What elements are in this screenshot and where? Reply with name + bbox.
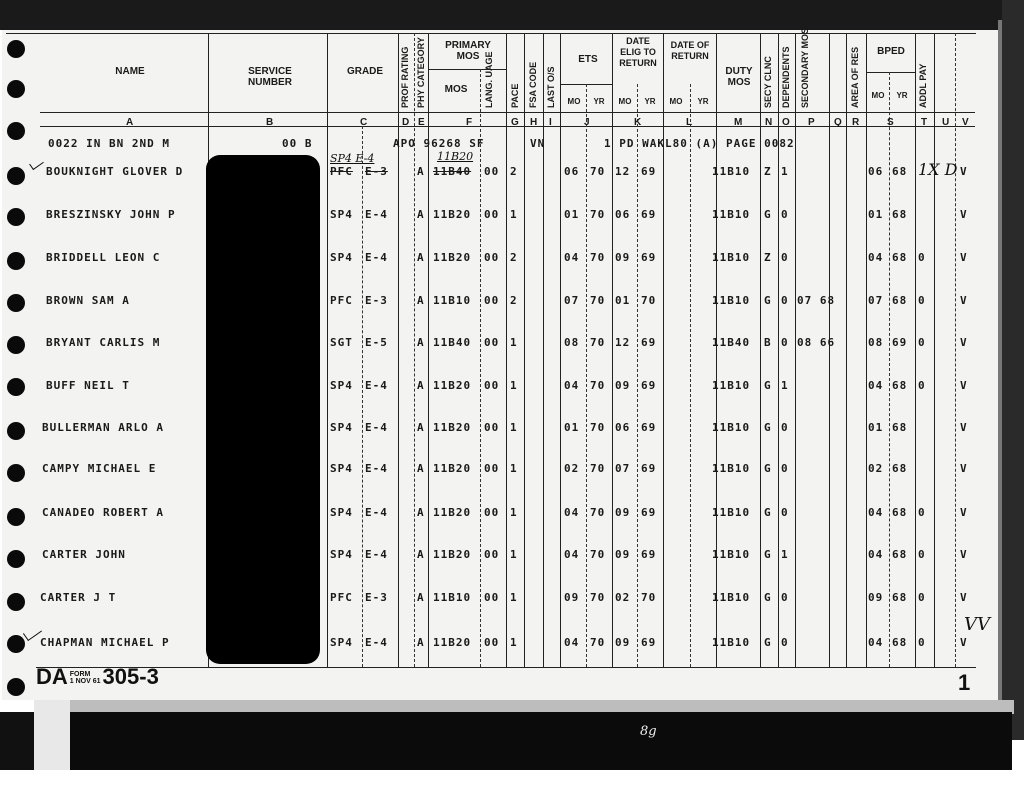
row-bped-yr: 68 bbox=[892, 251, 907, 264]
row-ets-yr: 70 bbox=[590, 294, 605, 307]
row-prof: A bbox=[417, 591, 425, 604]
row-bped-yr: 68 bbox=[892, 421, 907, 434]
mos-correction: 11B20 bbox=[437, 150, 473, 163]
row-bped-mo: 07 bbox=[868, 294, 883, 307]
row-v: V bbox=[960, 462, 968, 475]
row-bped-mo: 04 bbox=[868, 251, 883, 264]
row-mos: 11B10 bbox=[433, 294, 471, 307]
row-prof: A bbox=[417, 336, 425, 349]
row-elig-mo: 12 bbox=[615, 165, 630, 178]
row-addl: 0 bbox=[918, 506, 926, 519]
col-letter-k: K bbox=[634, 117, 641, 128]
row-ets-mo: 04 bbox=[564, 548, 579, 561]
row-pace: 1 bbox=[510, 462, 518, 475]
row-elig-yr: 70 bbox=[641, 294, 656, 307]
row-lang: 00 bbox=[484, 636, 499, 649]
row-duty-mos: 11B10 bbox=[712, 251, 750, 264]
row-secy: G bbox=[764, 421, 772, 434]
row-bped-mo: 04 bbox=[868, 548, 883, 561]
row-lang: 00 bbox=[484, 421, 499, 434]
row-dep: 0 bbox=[781, 591, 789, 604]
row-grade-code: E-3 bbox=[365, 165, 388, 178]
row-elig-yr: 69 bbox=[641, 251, 656, 264]
scan-bottom-gap bbox=[34, 700, 70, 770]
row-pace: 1 bbox=[510, 379, 518, 392]
info-fsa: VN bbox=[530, 137, 545, 150]
punch-hole-icon bbox=[7, 294, 25, 312]
row-grade-code: E-4 bbox=[365, 208, 388, 221]
row-elig-mo: 09 bbox=[615, 506, 630, 519]
row-elig-mo: 02 bbox=[615, 591, 630, 604]
row-lang: 00 bbox=[484, 591, 499, 604]
punch-hole-icon bbox=[7, 378, 25, 396]
header-phy-category: PHY CATEGORY bbox=[416, 34, 426, 108]
info-apo: APO 96268 SF bbox=[393, 137, 484, 150]
row-pace: 1 bbox=[510, 636, 518, 649]
header-ret-mo: MO bbox=[665, 96, 687, 107]
row-lang: 00 bbox=[484, 294, 499, 307]
header-ets-yr: YR bbox=[588, 96, 610, 107]
row-dep: 1 bbox=[781, 548, 789, 561]
col-letter-o: O bbox=[782, 117, 790, 128]
row-grade: SP4 bbox=[330, 548, 353, 561]
row-name: BRIDDELL LEON C bbox=[46, 251, 160, 264]
col-letter-j: J bbox=[584, 117, 590, 128]
row-bped-mo: 01 bbox=[868, 208, 883, 221]
header-grade: GRADE bbox=[340, 66, 390, 77]
row-name: BUFF NEIL T bbox=[46, 379, 130, 392]
row-v: V bbox=[960, 208, 968, 221]
row-bped-mo: 08 bbox=[868, 336, 883, 349]
row-lang: 00 bbox=[484, 548, 499, 561]
row-grade-code: E-4 bbox=[365, 506, 388, 519]
row-ets-mo: 04 bbox=[564, 506, 579, 519]
row-v: V bbox=[960, 165, 968, 178]
punch-hole-icon bbox=[7, 122, 25, 140]
row-bped-yr: 68 bbox=[892, 208, 907, 221]
row-prof: A bbox=[417, 506, 425, 519]
row-lang: 00 bbox=[484, 251, 499, 264]
punch-hole-icon bbox=[7, 80, 25, 98]
row-elig-yr: 69 bbox=[641, 165, 656, 178]
row-lang: 00 bbox=[484, 165, 499, 178]
row-addl: 0 bbox=[918, 294, 926, 307]
row-prof: A bbox=[417, 636, 425, 649]
row-addl: 0 bbox=[918, 548, 926, 561]
punch-hole-icon bbox=[7, 422, 25, 440]
row-bped-yr: 69 bbox=[892, 336, 907, 349]
col-letter-m: M bbox=[734, 117, 742, 128]
row-duty-mos: 11B10 bbox=[712, 591, 750, 604]
header-ets-mo: MO bbox=[563, 96, 585, 107]
col-letter-a: A bbox=[126, 117, 133, 128]
header-fsa-code: FSA CODE bbox=[528, 58, 538, 108]
row-grade: SP4 bbox=[330, 379, 353, 392]
row-bped-mo: 06 bbox=[868, 165, 883, 178]
row-grade: SP4 bbox=[330, 506, 353, 519]
row-v: V bbox=[960, 336, 968, 349]
row-mos: 11B20 bbox=[433, 462, 471, 475]
row-prof: A bbox=[417, 421, 425, 434]
row-name: BRESZINSKY JOHN P bbox=[46, 208, 176, 221]
row-elig-yr: 70 bbox=[641, 591, 656, 604]
row-secy: G bbox=[764, 462, 772, 475]
row-dep: 0 bbox=[781, 294, 789, 307]
row-name: BRYANT CARLIS M bbox=[46, 336, 160, 349]
row-name: CAMPY MICHAEL E bbox=[42, 462, 156, 475]
row-secy: B bbox=[764, 336, 772, 349]
row-bped-yr: 68 bbox=[892, 294, 907, 307]
handwritten-annotation: VV bbox=[964, 614, 990, 635]
row-dep: 1 bbox=[781, 165, 789, 178]
row-bped-mo: 09 bbox=[868, 591, 883, 604]
row-ets-yr: 70 bbox=[590, 208, 605, 221]
row-dep: 0 bbox=[781, 336, 789, 349]
row-ets-mo: 02 bbox=[564, 462, 579, 475]
punch-hole-icon bbox=[7, 593, 25, 611]
row-pace: 1 bbox=[510, 548, 518, 561]
row-secondary-mos: 08 66 bbox=[797, 336, 835, 349]
form-identifier: DAFORM1 NOV 61305-3 bbox=[36, 664, 159, 690]
header-last-os: LAST O/S bbox=[546, 62, 556, 108]
row-grade: SP4 bbox=[330, 421, 353, 434]
header-addl-pay: ADDL PAY bbox=[918, 62, 928, 108]
row-elig-mo: 09 bbox=[615, 548, 630, 561]
row-elig-yr: 69 bbox=[641, 379, 656, 392]
row-addl: 0 bbox=[918, 251, 926, 264]
row-ets-yr: 70 bbox=[590, 636, 605, 649]
row-elig-yr: 69 bbox=[641, 462, 656, 475]
row-prof: A bbox=[417, 208, 425, 221]
row-ets-mo: 07 bbox=[564, 294, 579, 307]
punch-hole-icon bbox=[7, 40, 25, 58]
row-dep: 0 bbox=[781, 251, 789, 264]
row-ets-mo: 04 bbox=[564, 636, 579, 649]
row-pace: 1 bbox=[510, 506, 518, 519]
row-bped-yr: 68 bbox=[892, 165, 907, 178]
info-service-code: 00 B bbox=[282, 137, 313, 150]
row-grade-code: E-5 bbox=[365, 336, 388, 349]
row-ets-yr: 70 bbox=[590, 548, 605, 561]
row-grade: SP4 bbox=[330, 636, 353, 649]
row-grade-code: E-4 bbox=[365, 379, 388, 392]
row-ets-mo: 08 bbox=[564, 336, 579, 349]
col-letter-r: R bbox=[852, 117, 859, 128]
col-letter-h: H bbox=[530, 117, 537, 128]
row-pace: 2 bbox=[510, 294, 518, 307]
row-bped-yr: 68 bbox=[892, 462, 907, 475]
row-elig-mo: 01 bbox=[615, 294, 630, 307]
row-bped-mo: 04 bbox=[868, 636, 883, 649]
row-bped-yr: 68 bbox=[892, 379, 907, 392]
header-secy-clnc: SECY CLNC bbox=[763, 52, 773, 108]
row-dep: 0 bbox=[781, 636, 789, 649]
row-elig-mo: 07 bbox=[615, 462, 630, 475]
page-marker: 1 bbox=[958, 670, 970, 696]
row-v: V bbox=[960, 591, 968, 604]
row-addl: 0 bbox=[918, 591, 926, 604]
row-bped-yr: 68 bbox=[892, 506, 907, 519]
row-elig-yr: 69 bbox=[641, 421, 656, 434]
col-letter-t: T bbox=[921, 117, 927, 128]
punch-hole-icon bbox=[7, 550, 25, 568]
header-prof-rating: PROF RATING bbox=[400, 38, 410, 108]
row-pace: 1 bbox=[510, 208, 518, 221]
row-mos: 11B20 bbox=[433, 548, 471, 561]
header-mos: MOS bbox=[436, 84, 476, 95]
row-v: V bbox=[960, 251, 968, 264]
row-secondary-mos: 07 68 bbox=[797, 294, 835, 307]
header-bped: BPED bbox=[870, 46, 912, 57]
row-prof: A bbox=[417, 379, 425, 392]
punch-hole-icon bbox=[7, 508, 25, 526]
row-elig-yr: 69 bbox=[641, 208, 656, 221]
row-mos: 11B20 bbox=[433, 636, 471, 649]
header-ret-yr: YR bbox=[692, 96, 714, 107]
row-grade: SP4 bbox=[330, 462, 353, 475]
header-ets: ETS bbox=[568, 54, 608, 65]
row-grade-code: E-3 bbox=[365, 294, 388, 307]
row-elig-yr: 69 bbox=[641, 636, 656, 649]
row-dep: 0 bbox=[781, 506, 789, 519]
row-elig-yr: 69 bbox=[641, 506, 656, 519]
row-duty-mos: 11B10 bbox=[712, 421, 750, 434]
row-elig-yr: 69 bbox=[641, 548, 656, 561]
row-secy: G bbox=[764, 506, 772, 519]
row-grade-code: E-3 bbox=[365, 591, 388, 604]
scan-right-shadow bbox=[998, 20, 1002, 720]
col-letter-i: I bbox=[549, 117, 552, 128]
header-date-elig-to-return: DATE ELIG TO RETURN bbox=[616, 36, 660, 69]
redacted-service-numbers bbox=[206, 155, 320, 664]
row-lang: 00 bbox=[484, 208, 499, 221]
row-lang: 00 bbox=[484, 336, 499, 349]
header-date-of-return: DATE OF RETURN bbox=[668, 40, 712, 62]
row-pace: 1 bbox=[510, 591, 518, 604]
form-prefix: DA bbox=[36, 664, 68, 689]
row-grade: SP4 bbox=[330, 208, 353, 221]
row-ets-yr: 70 bbox=[590, 251, 605, 264]
row-duty-mos: 11B10 bbox=[712, 548, 750, 561]
bottom-handwritten-note: 8g bbox=[640, 724, 657, 739]
row-bped-yr: 68 bbox=[892, 636, 907, 649]
header-secondary-mos: SECONDARY MOS bbox=[800, 46, 824, 108]
row-name: CANADEO ROBERT A bbox=[42, 506, 164, 519]
form-date: FORM1 NOV 61 bbox=[70, 671, 101, 685]
row-name: BROWN SAM A bbox=[46, 294, 130, 307]
row-secy: G bbox=[764, 548, 772, 561]
row-grade-code: E-4 bbox=[365, 251, 388, 264]
header-service-number: SERVICE NUMBER bbox=[240, 66, 300, 88]
row-ets-mo: 01 bbox=[564, 421, 579, 434]
row-ets-yr: 70 bbox=[590, 379, 605, 392]
row-ets-mo: 06 bbox=[564, 165, 579, 178]
row-secy: G bbox=[764, 208, 772, 221]
row-v: V bbox=[960, 548, 968, 561]
row-ets-mo: 09 bbox=[564, 591, 579, 604]
row-pace: 2 bbox=[510, 251, 518, 264]
row-addl: 0 bbox=[918, 379, 926, 392]
row-prof: A bbox=[417, 251, 425, 264]
col-letter-v: V bbox=[962, 117, 969, 128]
col-letter-e: E bbox=[418, 117, 425, 128]
row-pace: 2 bbox=[510, 165, 518, 178]
row-v: V bbox=[960, 421, 968, 434]
row-name: BULLERMAN ARLO A bbox=[42, 421, 164, 434]
row-mos: 11B40 bbox=[433, 336, 471, 349]
punch-hole-icon bbox=[7, 336, 25, 354]
row-addl: 0 bbox=[918, 636, 926, 649]
row-grade-code: E-4 bbox=[365, 462, 388, 475]
row-grade-code: E-4 bbox=[365, 421, 388, 434]
row-grade-code: E-4 bbox=[365, 636, 388, 649]
row-v: V bbox=[960, 506, 968, 519]
punch-hole-icon bbox=[7, 464, 25, 482]
row-lang: 00 bbox=[484, 462, 499, 475]
col-letter-u: U bbox=[942, 117, 949, 128]
col-letter-l: L bbox=[686, 117, 692, 128]
punch-hole-icon bbox=[7, 635, 25, 653]
row-ets-mo: 01 bbox=[564, 208, 579, 221]
header-bped-mo: MO bbox=[868, 90, 888, 101]
row-elig-mo: 06 bbox=[615, 208, 630, 221]
row-ets-mo: 04 bbox=[564, 251, 579, 264]
col-letter-c: C bbox=[360, 117, 367, 128]
row-prof: A bbox=[417, 165, 425, 178]
col-letter-g: G bbox=[511, 117, 519, 128]
row-mos: 11B20 bbox=[433, 208, 471, 221]
row-grade: SP4 bbox=[330, 251, 353, 264]
row-duty-mos: 11B10 bbox=[712, 379, 750, 392]
row-pace: 1 bbox=[510, 336, 518, 349]
row-dep: 0 bbox=[781, 421, 789, 434]
row-secy: Z bbox=[764, 251, 772, 264]
scan-bottom-border bbox=[70, 712, 1012, 770]
info-unit-code: 0022 IN BN 2ND M bbox=[48, 137, 170, 150]
col-letter-f: F bbox=[466, 117, 472, 128]
row-mos: 11B40 bbox=[433, 165, 471, 178]
scan-bottom-border-left bbox=[0, 712, 34, 770]
handwritten-annotation: 1X D bbox=[918, 160, 957, 179]
punch-hole-icon bbox=[7, 678, 25, 696]
row-mos: 11B10 bbox=[433, 591, 471, 604]
header-dependents: DEPENDENTS bbox=[781, 46, 791, 108]
row-bped-mo: 01 bbox=[868, 421, 883, 434]
row-addl: 0 bbox=[918, 336, 926, 349]
row-elig-mo: 09 bbox=[615, 251, 630, 264]
info-page: 1 PD WAKL80 (A) PAGE 0082 bbox=[604, 137, 795, 150]
row-elig-mo: 12 bbox=[615, 336, 630, 349]
row-ets-yr: 70 bbox=[590, 336, 605, 349]
col-letter-b: B bbox=[266, 117, 273, 128]
row-bped-mo: 04 bbox=[868, 379, 883, 392]
row-bped-mo: 04 bbox=[868, 506, 883, 519]
row-grade: PFC bbox=[330, 591, 353, 604]
row-prof: A bbox=[417, 462, 425, 475]
row-elig-yr: 69 bbox=[641, 336, 656, 349]
col-letter-p: P bbox=[808, 117, 815, 128]
row-duty-mos: 11B40 bbox=[712, 336, 750, 349]
header-pace: PACE bbox=[510, 78, 520, 108]
row-v: V bbox=[960, 294, 968, 307]
row-duty-mos: 11B10 bbox=[712, 165, 750, 178]
row-name: BOUKNIGHT GLOVER D bbox=[46, 165, 183, 178]
row-elig-mo: 06 bbox=[615, 421, 630, 434]
row-name: CARTER JOHN bbox=[42, 548, 126, 561]
row-mos: 11B20 bbox=[433, 251, 471, 264]
row-name: CARTER J T bbox=[40, 591, 116, 604]
row-prof: A bbox=[417, 294, 425, 307]
col-letter-s: S bbox=[887, 117, 894, 128]
row-secy: G bbox=[764, 636, 772, 649]
header-duty-mos: DUTY MOS bbox=[720, 66, 758, 88]
row-grade: PFC bbox=[330, 165, 353, 178]
header-name: NAME bbox=[100, 66, 160, 77]
row-ets-yr: 70 bbox=[590, 506, 605, 519]
col-letter-d: D bbox=[402, 117, 409, 128]
row-mos: 11B20 bbox=[433, 506, 471, 519]
grade-correction: SP4 E-4 bbox=[330, 152, 374, 165]
col-letter-n: N bbox=[765, 117, 772, 128]
row-dep: 0 bbox=[781, 208, 789, 221]
punch-hole-icon bbox=[7, 252, 25, 270]
punch-hole-icon bbox=[7, 208, 25, 226]
scan-top-border bbox=[0, 0, 1024, 30]
row-secy: G bbox=[764, 294, 772, 307]
row-lang: 00 bbox=[484, 379, 499, 392]
row-duty-mos: 11B10 bbox=[712, 462, 750, 475]
row-ets-yr: 70 bbox=[590, 165, 605, 178]
header-language: LANG. UAGE bbox=[484, 74, 502, 108]
row-ets-yr: 70 bbox=[590, 462, 605, 475]
row-bped-yr: 68 bbox=[892, 548, 907, 561]
row-name: CHAPMAN MICHAEL P bbox=[40, 636, 170, 649]
row-secy: G bbox=[764, 379, 772, 392]
row-duty-mos: 11B10 bbox=[712, 506, 750, 519]
row-duty-mos: 11B10 bbox=[712, 636, 750, 649]
form-sheet bbox=[2, 30, 1000, 700]
row-ets-yr: 70 bbox=[590, 421, 605, 434]
row-v: V bbox=[960, 636, 968, 649]
header-elig-mo: MO bbox=[614, 96, 636, 107]
row-mos: 11B20 bbox=[433, 379, 471, 392]
row-bped-yr: 68 bbox=[892, 591, 907, 604]
header-elig-yr: YR bbox=[639, 96, 661, 107]
header-area-of-res: AREA OF RES bbox=[850, 44, 860, 108]
row-elig-mo: 09 bbox=[615, 379, 630, 392]
row-ets-mo: 04 bbox=[564, 379, 579, 392]
row-grade: SGT bbox=[330, 336, 353, 349]
row-mos: 11B20 bbox=[433, 421, 471, 434]
form-number: 305-3 bbox=[103, 664, 159, 689]
scan-right-border bbox=[1002, 0, 1024, 740]
row-elig-mo: 09 bbox=[615, 636, 630, 649]
row-duty-mos: 11B10 bbox=[712, 208, 750, 221]
row-dep: 0 bbox=[781, 462, 789, 475]
row-v: V bbox=[960, 379, 968, 392]
row-grade: PFC bbox=[330, 294, 353, 307]
row-grade-code: E-4 bbox=[365, 548, 388, 561]
row-lang: 00 bbox=[484, 506, 499, 519]
row-prof: A bbox=[417, 548, 425, 561]
row-secy: Z bbox=[764, 165, 772, 178]
header-bped-yr: YR bbox=[891, 90, 913, 101]
row-dep: 1 bbox=[781, 379, 789, 392]
row-pace: 1 bbox=[510, 421, 518, 434]
punch-hole-icon bbox=[7, 167, 25, 185]
col-letter-q: Q bbox=[834, 117, 842, 128]
row-ets-yr: 70 bbox=[590, 591, 605, 604]
